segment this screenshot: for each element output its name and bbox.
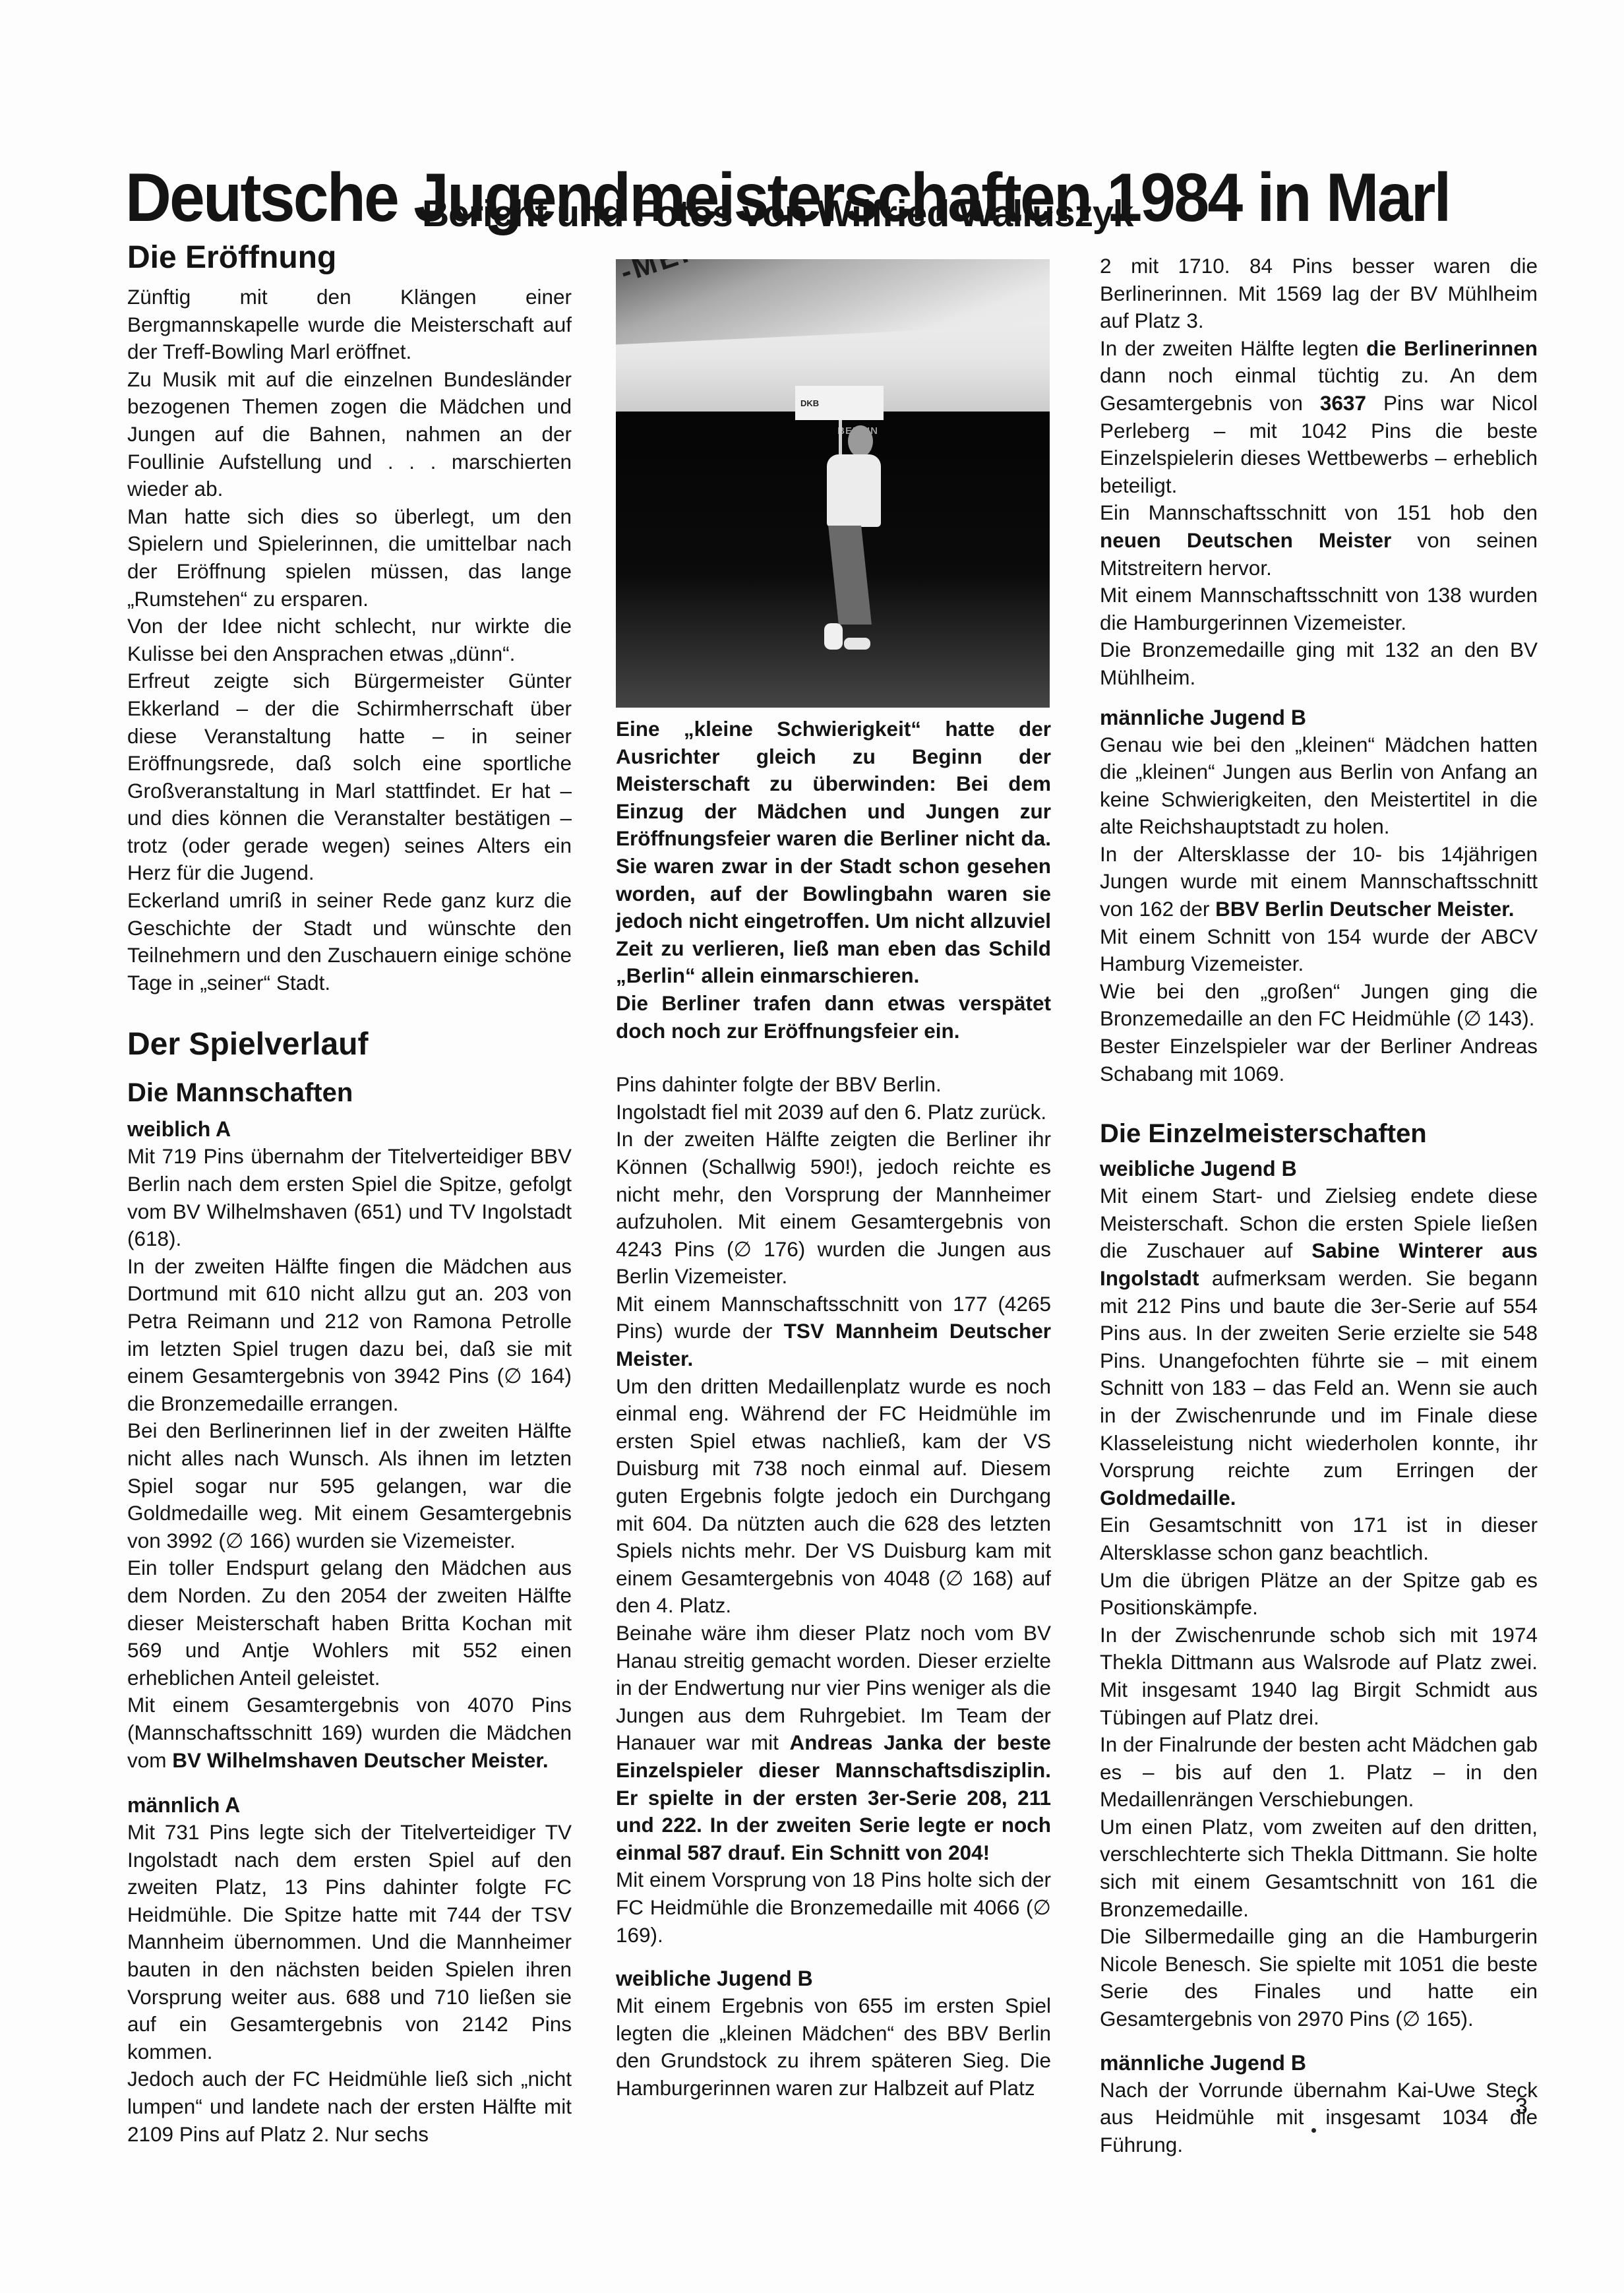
- paragraph: In der Finalrunde der besten acht Mädche…: [1100, 1731, 1538, 1814]
- paragraph: Mit 731 Pins legte sich der Titelverteid…: [127, 1819, 572, 2065]
- photo-sign: DKB BERLIN: [795, 386, 884, 420]
- left-column: Die Eröffnung Zünftig mit den Klängen ei…: [127, 239, 572, 2148]
- paragraph-champion: Mit einem Gesamtergebnis von 4070 Pins (…: [127, 1692, 572, 1774]
- paragraph: Die Silbermedaille ging an die Hamburger…: [1100, 1923, 1538, 2033]
- paragraph: Die Bronzemedaille ging mit 132 an den B…: [1100, 636, 1538, 691]
- highlight: die Berlinerinnen: [1366, 336, 1538, 360]
- paragraph: In der zweiten Hälfte fingen die Mädchen…: [127, 1253, 572, 1418]
- photo-person-head: [848, 425, 873, 457]
- category-heading-weiblich-b: weibliche Jugend B: [616, 1965, 1051, 1992]
- paragraph: Erfreut zeigte sich Bürgermeister Günter…: [127, 667, 572, 887]
- scan-speck: [1311, 2128, 1316, 2133]
- champion-highlight: BBV Berlin Deutscher Meister.: [1215, 897, 1514, 921]
- section-heading-eroeffnung: Die Eröffnung: [127, 239, 572, 277]
- category-heading-maennlich-b: männliche Jugend B: [1100, 704, 1538, 731]
- middle-column: -MEIS DKB BERLIN Eine „kleine Schwierigk…: [616, 259, 1051, 2102]
- paragraph: Eckerland umriß in seiner Rede ganz kurz…: [127, 887, 572, 996]
- paragraph: In der zweiten Hälfte zeigten die Berlin…: [616, 1126, 1051, 1291]
- text: aufmerksam werden. Sie begann mit 212 Pi…: [1100, 1266, 1538, 1482]
- paragraph: Ein Gesamtschnitt von 171 ist in dieser …: [1100, 1512, 1538, 1566]
- photo-person-shoe: [844, 638, 870, 650]
- paragraph: Von der Idee nicht schlecht, nur wirkte …: [127, 613, 572, 667]
- category-heading-einzel-weiblich-b: weibliche Jugend B: [1100, 1155, 1538, 1182]
- paragraph: Pins dahinter folgte der BBV Berlin.: [616, 1071, 1051, 1099]
- subsection-heading-mannschaften: Die Mannschaften: [127, 1076, 572, 1110]
- paragraph: Ein toller Endspurt gelang den Mädchen a…: [127, 1554, 572, 1692]
- paragraph: Ingolstadt fiel mit 2039 auf den 6. Plat…: [616, 1099, 1051, 1126]
- paragraph: Mit einem Start- und Zielsieg endete die…: [1100, 1182, 1538, 1512]
- champion-highlight: BV Wilhelmshaven Deutscher Meister.: [172, 1748, 548, 1772]
- article-byline: Bericht und Fotos von Wilfried Walluszyk: [422, 193, 1133, 235]
- text: In der zweiten Hälfte legten: [1100, 336, 1366, 360]
- paragraph: Zu Musik mit auf die einzelnen Bundeslän…: [127, 366, 572, 503]
- paragraph: In der Zwischenrunde schob sich mit 1974…: [1100, 1622, 1538, 1731]
- paragraph: Um den dritten Medaillenplatz wurde es n…: [616, 1373, 1051, 1620]
- paragraph: Bester Einzelspieler war der Berliner An…: [1100, 1033, 1538, 1087]
- caption-paragraph: Eine „kleine Schwierigkeit“ hatte der Au…: [616, 716, 1051, 990]
- caption-paragraph: Die Berliner trafen dann etwas verspätet…: [616, 990, 1051, 1045]
- highlight: neuen Deutschen Meister: [1100, 528, 1391, 552]
- paragraph: Mit einem Ergebnis von 655 im ersten Spi…: [616, 1992, 1051, 2102]
- category-heading-einzel-maennlich-b: männliche Jugend B: [1100, 2049, 1538, 2077]
- paragraph: Bei den Berlinerinnen lief in der zweite…: [127, 1417, 572, 1554]
- paragraph: Nach der Vorrunde übernahm Kai-Uwe Steck…: [1100, 2077, 1538, 2159]
- medal-highlight: Goldmedaille.: [1100, 1486, 1236, 1510]
- paragraph: Jedoch auch der FC Heidmühle ließ sich „…: [127, 2065, 572, 2148]
- page-number: 3: [1515, 2094, 1528, 2120]
- paragraph: 2 mit 1710. 84 Pins besser waren die Ber…: [1100, 253, 1538, 335]
- section-heading-einzelmeisterschaften: Die Einzelmeisterschaften: [1100, 1116, 1538, 1151]
- text: Ein Mannschaftsschnitt von 151 hob den: [1100, 501, 1538, 524]
- category-heading-weiblich-a: weiblich A: [127, 1115, 572, 1143]
- paragraph: Man hatte sich dies so überlegt, um den …: [127, 503, 572, 613]
- paragraph: Beinahe wäre ihm dieser Platz noch vom B…: [616, 1620, 1051, 1866]
- paragraph: Mit einem Vorsprung von 18 Pins holte si…: [616, 1866, 1051, 1949]
- photo-person-shoe: [824, 623, 843, 650]
- paragraph: Mit 719 Pins übernahm der Titelverteidig…: [127, 1143, 572, 1252]
- sign-logo-text: DKB: [800, 398, 819, 408]
- paragraph: In der Altersklasse der 10- bis 14jährig…: [1100, 841, 1538, 923]
- section-heading-spielverlauf: Der Spielverlauf: [127, 1025, 572, 1064]
- paragraph: In der zweiten Hälfte legten die Berline…: [1100, 335, 1538, 500]
- paragraph: Ein Mannschaftsschnitt von 151 hob den n…: [1100, 499, 1538, 582]
- photo-person-shirt: [827, 454, 881, 527]
- category-heading-maennlich-a: männlich A: [127, 1791, 572, 1819]
- paragraph: Mit einem Mannschaftsschnitt von 138 wur…: [1100, 582, 1538, 636]
- photo-berlin-sign: -MEIS DKB BERLIN: [616, 259, 1050, 708]
- right-column: 2 mit 1710. 84 Pins besser waren die Ber…: [1100, 253, 1538, 2158]
- paragraph: Wie bei den „großen“ Jungen ging die Bro…: [1100, 978, 1538, 1033]
- paragraph: Um einen Platz, vom zweiten auf den drit…: [1100, 1814, 1538, 1923]
- paragraph: Genau wie bei den „kleinen“ Mädchen hatt…: [1100, 731, 1538, 841]
- paragraph: Um die übrigen Plätze an der Spitze gab …: [1100, 1567, 1538, 1622]
- paragraph-champion: Mit einem Mannschaftsschnitt von 177 (42…: [616, 1291, 1051, 1373]
- highlight: 3637: [1320, 391, 1366, 415]
- paragraph: Zünftig mit den Klängen einer Bergmannsk…: [127, 284, 572, 366]
- paragraph: Mit einem Schnitt von 154 wurde der ABCV…: [1100, 923, 1538, 978]
- photo-caption: Eine „kleine Schwierigkeit“ hatte der Au…: [616, 716, 1051, 1045]
